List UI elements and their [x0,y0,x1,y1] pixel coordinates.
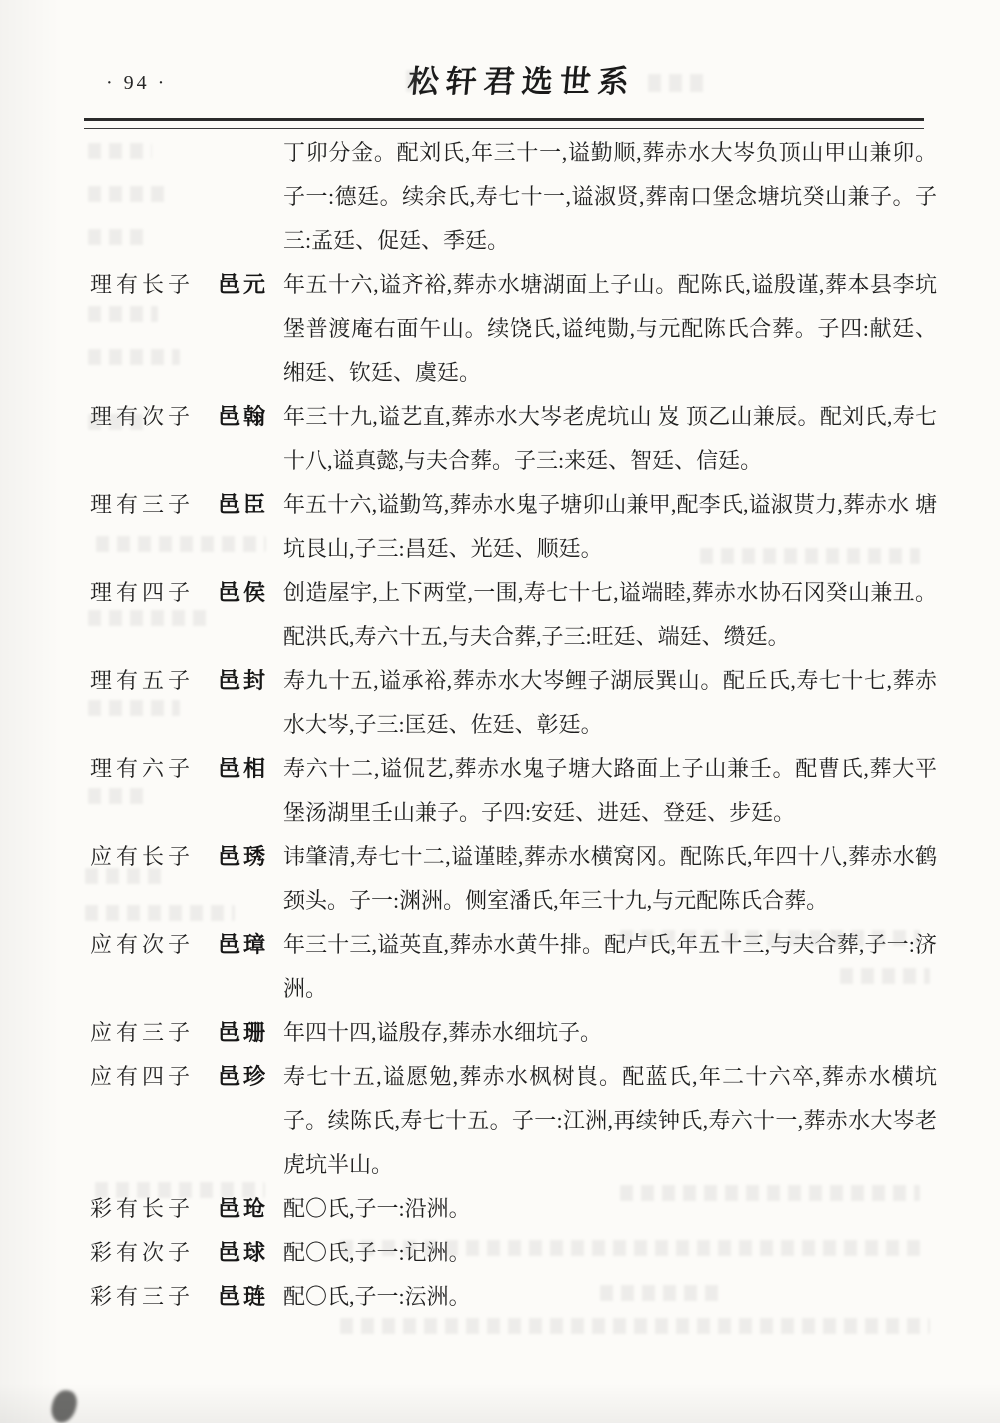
entry-person-name: 邑珊 [218,1011,283,1055]
bleed-through-artifact [648,74,710,92]
entry-person-name: 邑元 [218,263,283,307]
entry-text: 讳肇清,寿七十二,谥谨睦,葬赤水横窝冈。配陈氏,年四十八,葬赤水鹤颈头。子一:渊… [283,835,937,923]
entry-person-name: 邑封 [218,659,283,703]
genealogy-entry: 理有四子 邑侯 创造屋宇,上下两堂,一围,寿七十七,谥端睦,葬赤水协石冈癸山兼丑… [90,571,937,659]
genealogy-entry: 应有四子 邑珍 寿七十五,谥愿勉,葬赤水枫树峎。配蓝氏,年二十六卒,葬赤水横坑子… [90,1055,937,1187]
bleed-through-artifact [88,143,152,159]
entry-text: 创造屋宇,上下两堂,一围,寿七十七,谥端睦,葬赤水协石冈癸山兼丑。配洪氏,寿六十… [283,571,937,659]
entry-relation-label: 理有五子 [90,659,218,703]
genealogy-entry: 彩有三子 邑琏 配〇氏,子一:沄洲。 [90,1275,937,1319]
genealogy-entry: 理有长子 邑元 年五十六,谥齐裕,葬赤水塘湖面上子山。配陈氏,谥殷谨,葬本县李坑… [90,263,937,395]
entry-relation-label: 理有六子 [90,747,218,791]
entry-relation-label: 彩有次子 [90,1231,218,1275]
bleed-through-artifact [340,1240,920,1256]
entry-person-name: 邑翰 [218,395,283,439]
entry-relation-label: 理有三子 [90,483,218,527]
genealogy-entry: 理有次子 邑翰 年三十九,谥艺直,葬赤水大岑老虎坑山 岌 顶乙山兼辰。配刘氏,寿… [90,395,937,483]
genealogy-entry: 应有三子 邑珊 年四十四,谥殷存,葬赤水细坑子。 [90,1011,937,1055]
entry-person-name: 邑琏 [218,1275,283,1319]
genealogy-entry: 理有五子 邑封 寿九十五,谥承裕,葬赤水大岑鲤子湖辰巽山。配丘氏,寿七十七,葬赤… [90,659,937,747]
entry-relation-label: 理有四子 [90,571,218,615]
genealogy-entry: 丁卯分金。配刘氏,年三十一,谥勤顺,葬赤水大岑负顶山甲山兼卯。子一:德廷。续余氏… [90,131,937,263]
bleed-through-artifact [88,610,208,626]
entry-text: 寿七十五,谥愿勉,葬赤水枫树峎。配蓝氏,年二十六卒,葬赤水横坑子。续陈氏,寿七十… [283,1055,937,1187]
bleed-through-artifact [95,1182,265,1198]
entry-person-name: 邑球 [218,1231,283,1275]
entry-relation-label: 彩有三子 [90,1275,218,1319]
bleed-through-artifact [620,930,920,946]
bleed-through-artifact [600,1285,720,1301]
entry-person-name: 邑珍 [218,1055,283,1099]
bleed-through-artifact [88,788,148,804]
entry-person-name: 邑相 [218,747,283,791]
entry-text: 年四十四,谥殷存,葬赤水细坑子。 [283,1011,937,1055]
entry-text: 寿六十二,谥侃艺,葬赤水鬼子塘大路面上子山兼壬。配曹氏,葬大平堡汤湖里壬山兼子。… [283,747,937,835]
book-page: · 94 · 松轩君选世系 丁卯分金。配刘氏,年三十一,谥勤顺,葬赤水大岑负顶山… [0,0,1000,1423]
bleed-through-artifact [88,306,158,322]
page-title: 松轩君选世系 [20,56,1000,101]
bleed-through-artifact [88,186,170,202]
entry-person-name: 邑璋 [218,923,283,967]
bleed-through-artifact [88,700,180,716]
entry-person-name: 邑琇 [218,835,283,879]
bleed-through-artifact [88,414,148,430]
bleed-through-artifact [88,349,180,365]
entry-text: 年五十六,谥齐裕,葬赤水塘湖面上子山。配陈氏,谥殷谨,葬本县李坑堡普渡庵右面午山… [283,263,937,395]
genealogy-entry: 理有六子 邑相 寿六十二,谥侃艺,葬赤水鬼子塘大路面上子山兼壬。配曹氏,葬大平堡… [90,747,937,835]
bleed-through-artifact [840,968,930,984]
page-header: · 94 · 松轩君选世系 [0,0,1000,122]
entry-relation-label: 应有三子 [90,1011,218,1055]
ink-smudge-artifact [49,1388,79,1423]
entry-person-name: 邑侯 [218,571,283,615]
bleed-through-artifact [88,229,144,245]
entry-relation-label: 应有四子 [90,1055,218,1099]
entry-text: 年三十九,谥艺直,葬赤水大岑老虎坑山 岌 顶乙山兼辰。配刘氏,寿七十八,谥真懿,… [283,395,937,483]
genealogy-text: 丁卯分金。配刘氏,年三十一,谥勤顺,葬赤水大岑负顶山甲山兼卯。子一:德廷。续余氏… [0,122,1000,1319]
bleed-through-artifact [700,548,920,564]
entry-relation-label: 应有次子 [90,923,218,967]
bleed-through-artifact [406,70,432,92]
bleed-through-artifact [85,868,167,884]
bleed-through-artifact [620,1185,920,1201]
bleed-through-artifact [85,905,235,921]
entry-relation-label: 理有长子 [90,263,218,307]
bleed-through-artifact [340,1318,930,1334]
bleed-through-artifact [96,536,266,552]
entry-text: 寿九十五,谥承裕,葬赤水大岑鲤子湖辰巽山。配丘氏,寿七十七,葬赤水大岑,子三:匡… [283,659,937,747]
entry-text: 丁卯分金。配刘氏,年三十一,谥勤顺,葬赤水大岑负顶山甲山兼卯。子一:德廷。续余氏… [283,131,937,263]
entry-person-name: 邑臣 [218,483,283,527]
